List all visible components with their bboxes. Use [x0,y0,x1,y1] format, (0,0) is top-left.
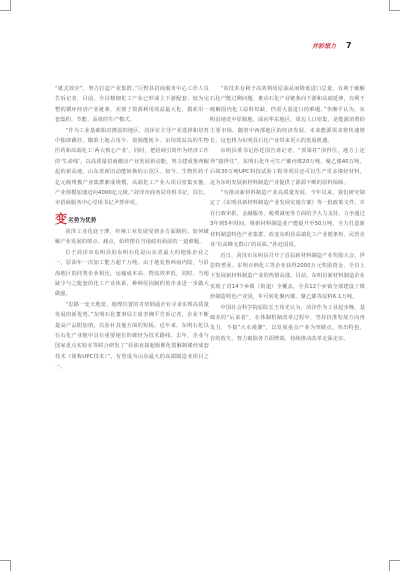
paragraph: “为推动新材料制造产业高质量发展，今年以来，我们研究制定了《东明县新材料制造产业… [210,188,365,250]
page-number: 7 [346,41,352,50]
paragraph: “思路一变天地宽，地理位置的劣势倒逼企业寻求实现高质量发展的新优势。”东明石化董… [55,300,209,373]
page-header: 并彩想力 7 [312,41,352,50]
crop-mark-top-right [389,0,400,11]
paragraph: “该技术有利于高效利用原油从而降低进口总量，有利于破解石化产能过剩问题，推动石化… [210,84,365,146]
subheading: 变 劣势为优势 [55,212,209,225]
paragraph: 菏泽工业化底子薄，传统工业发展受到多方面制约。如何破解产业发展的堵点、痛点，始终… [55,227,209,248]
paragraph: 东明县委书记孙廷国告诉记者，“顶梁柱”顶得住，地方上还得“接得住”。东明石化年可… [210,146,365,188]
right-column: “该技术有利于高效利用原油从而降低进口总量，有利于破解石化产能过剩问题，推动石化… [210,84,365,344]
paragraph: “链式效应”，努力打造产业集群。”巨野县招商服务中心工作人员告诉记者，目前，全县… [55,84,209,126]
crop-mark-bottom-left [0,560,11,571]
subheading-initial: 变 [55,213,67,225]
paragraph: 中国社会科学院原院长王伟光认为，菏泽作为工业起步晚、基础差的“后来者”，在体制机… [210,303,365,345]
left-column: “链式效应”，努力打造产业集群。”巨野县招商服务中心工作人员告诉记者，目前，全县… [55,84,209,373]
subheading-text: 劣势为优势 [68,217,96,225]
paragraph: 近日，菏泽市东明县召开了首届新材料制造产业奖励大会，伊思特塑业、东明百纳化工等企… [210,251,365,303]
paragraph: “作为工业基础相对薄弱的地区，菏泽在主导产业选择和培育中独辟蹊径，瞄准土地占用少… [55,126,209,209]
crop-mark-top-left [0,0,11,11]
section-title: 并彩想力 [312,41,336,50]
crop-mark-bottom-right [389,560,400,571]
paragraph: 位于菏泽市东明县的东明石化是山东省最大的地炼企业之一，原油年一次加工能力超千万吨… [55,248,209,300]
